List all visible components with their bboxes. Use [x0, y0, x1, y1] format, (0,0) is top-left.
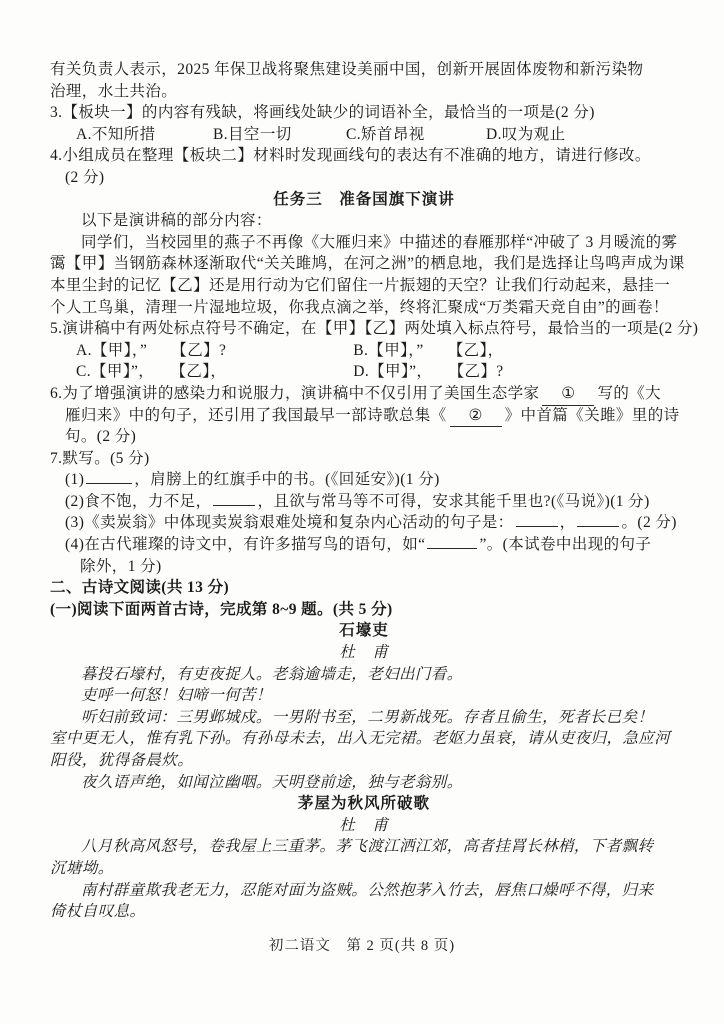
- question-6-line-3: 句。(2 分): [50, 426, 678, 448]
- q6-blank-2: ②: [450, 405, 502, 428]
- question-5-options-row-2: C.【甲】”， 【乙】， D.【甲】”， 【乙】?: [50, 361, 678, 383]
- question-7-item-2: (2)食不饱，力不足，，且欲与常马等不可得，安求其能千里也?(《马说》)(1 分…: [50, 491, 678, 513]
- speech-line-1: 同学们，当校园里的燕子不再像《大雁归来》中描述的春雁那样“冲破了 3 月暖流的雾: [50, 232, 678, 254]
- page-footer: 初二语文 第 2 页(共 8 页): [0, 934, 724, 955]
- q7-3-blank-1: [516, 514, 558, 527]
- q7-3-pre: (3)《卖炭翁》中体现卖炭翁艰难处境和复杂内心活动的句子是：: [65, 514, 514, 531]
- question-6-line-2: 雁归来》中的句子，还引用了我国最早一部诗歌总集《②》中首篇《关雎》里的诗: [50, 405, 678, 427]
- question-7-item-3: (3)《卖炭翁》中体现卖炭翁艰难处境和复杂内心活动的句子是：，。(2 分): [50, 512, 678, 534]
- q7-1-blank: [86, 471, 132, 484]
- poem-1-line-6: 夜久语声绝，如闻泣幽咽。天明登前途，独与老翁别。: [50, 772, 678, 794]
- question-7-item-1: (1)，肩膀上的红旗手中的书。(《回延安》)(1 分): [50, 469, 678, 491]
- poem-2-line-4: 倚杖自叹息。: [50, 901, 678, 923]
- exam-paper-page: 有关负责人表示，2025 年保卫战将聚焦建设美丽中国，创新开展固体废物和新污染物…: [0, 0, 724, 1024]
- poem-2-author: 杜 甫: [50, 815, 678, 837]
- q7-1-pre: (1): [65, 471, 84, 488]
- task3-heading: 任务三 准备国旗下演讲: [50, 189, 678, 211]
- intro-line-1: 有关负责人表示，2025 年保卫战将聚焦建设美丽中国，创新开展固体废物和新污染物: [50, 59, 678, 81]
- section-2-subtitle: (一)阅读下面两首古诗，完成第 8~9 题。(共 5 分): [50, 599, 678, 621]
- q7-4-pre: (4)在古代璀璨的诗文中，有许多描写鸟的语句，如“: [65, 536, 425, 553]
- question-5-options-row-1: A.【甲】，” 【乙】? B.【甲】，” 【乙】，: [50, 340, 678, 362]
- question-3-options: A.不知所措 B.目空一切 C.矫首昂视 D.叹为观止: [50, 124, 678, 146]
- poem-1-line-4: 室中更无人，惟有乳下孙。有孙母未去，出入无完裙。老妪力虽衰，请从吏夜归，急应河: [50, 728, 678, 750]
- q6-blank-1: ①: [542, 383, 594, 406]
- poem-1-line-3: 听妇前致词：三男邺城戍。一男附书至，二男新战死。存者且偷生，死者长已矣！: [50, 707, 678, 729]
- question-7-item-4: (4)在古代璀璨的诗文中，有许多描写鸟的语句，如“”。(本试卷中出现的句子: [50, 534, 678, 556]
- section-2-title: 二、古诗文阅读(共 13 分): [50, 577, 678, 599]
- q7-3-mid: ，: [560, 514, 576, 531]
- q5-option-a: A.【甲】，” 【乙】?: [76, 340, 349, 362]
- speech-line-2: 霭【甲】当钢筋森林逐渐取代“关关雎鸠，在河之洲”的栖息地，我们是选择让鸟鸣声成为…: [50, 253, 678, 275]
- poem-2-line-2: 沉塘坳。: [50, 858, 678, 880]
- question-4-stem: 4.小组成员在整理【板块二】材料时发现画线句的表达有不准确的地方，请进行修改。: [50, 145, 678, 167]
- question-7-stem: 7.默写。(5 分): [50, 448, 678, 470]
- q7-3-post: 。(2 分): [621, 514, 676, 531]
- q7-2-blank: [213, 493, 255, 506]
- poem-1-line-2: 吏呼一何怒！妇啼一何苦！: [50, 685, 678, 707]
- speech-line-4: 个人工鸟巢，清理一片湿地垃圾，你我点滴之举，终将汇聚成“万类霜天竞自由”的画卷！: [50, 297, 678, 319]
- speech-line-3: 本里尘封的记忆【乙】还是用行动为它们留住一片振翅的天空？让我们行动起来，悬挂一: [50, 275, 678, 297]
- q7-1-post: ，肩膀上的红旗手中的书。(《回延安》)(1 分): [134, 471, 439, 488]
- page-content: 有关负责人表示，2025 年保卫战将聚焦建设美丽中国，创新开展固体废物和新污染物…: [0, 0, 724, 923]
- q7-4-post: ”。(本试卷中出现的句子: [479, 536, 651, 553]
- question-3-stem: 3.【板块一】的内容有残缺，将画线处缺少的词语补全，最恰当的一项是(2 分): [50, 102, 678, 124]
- q7-2-post: ，且欲与常马等不可得，安求其能千里也?(《马说》)(1 分): [257, 493, 649, 510]
- q6-text-2a: 雁归来》中的句子，还引用了我国最早一部诗歌总集《: [65, 407, 447, 424]
- question-6-line-1: 6.为了增强演讲的感染力和说服力，演讲稿中不仅引用了美国生态学家①写的《大: [50, 383, 678, 405]
- q6-text-1b: 写的《大: [597, 385, 661, 402]
- q3-option-c: C.矫首昂视: [346, 124, 486, 146]
- q5-option-d: D.【甲】”， 【乙】?: [353, 363, 503, 380]
- q3-option-b: B.目空一切: [213, 124, 346, 146]
- q7-2-pre: (2)食不饱，力不足，: [65, 493, 211, 510]
- q7-4-blank: [427, 536, 477, 549]
- speech-lead: 以下是演讲稿的部分内容：: [50, 210, 678, 232]
- q3-option-a: A.不知所措: [76, 124, 213, 146]
- q5-option-c: C.【甲】”， 【乙】，: [76, 361, 349, 383]
- poem-1-line-5: 阳役，犹得备晨炊。: [50, 750, 678, 772]
- poem-1-title: 石壕吏: [50, 620, 678, 642]
- poem-1-line-1: 暮投石壕村，有吏夜捉人。老翁逾墙走，老妇出门看。: [50, 664, 678, 686]
- poem-2-line-1: 八月秋高风怒号，卷我屋上三重茅。茅飞渡江洒江郊，高者挂罥长林梢，下者飘转: [50, 836, 678, 858]
- intro-line-2: 治理，水土共治。: [50, 81, 678, 103]
- poem-2-line-3: 南村群童欺我老无力，忍能对面为盗贼。公然抱茅入竹去，唇焦口燥呼不得，归来: [50, 880, 678, 902]
- question-4-points: (2 分): [50, 167, 678, 189]
- q6-text-1a: 6.为了增强演讲的感染力和说服力，演讲稿中不仅引用了美国生态学家: [50, 385, 539, 402]
- poem-1-author: 杜 甫: [50, 642, 678, 664]
- poem-2-title: 茅屋为秋风所破歌: [50, 793, 678, 815]
- question-7-item-4-cont: 除外，1 分): [50, 556, 678, 578]
- q7-3-blank-2: [577, 514, 619, 527]
- q6-text-2b: 》中首篇《关雎》里的诗: [505, 407, 680, 424]
- question-5-stem: 5.演讲稿中有两处标点符号不确定，在【甲】【乙】两处填入标点符号，最恰当的一项是…: [50, 318, 678, 340]
- q5-option-b: B.【甲】，” 【乙】，: [353, 342, 503, 359]
- q3-option-d: D.叹为观止: [486, 124, 565, 146]
